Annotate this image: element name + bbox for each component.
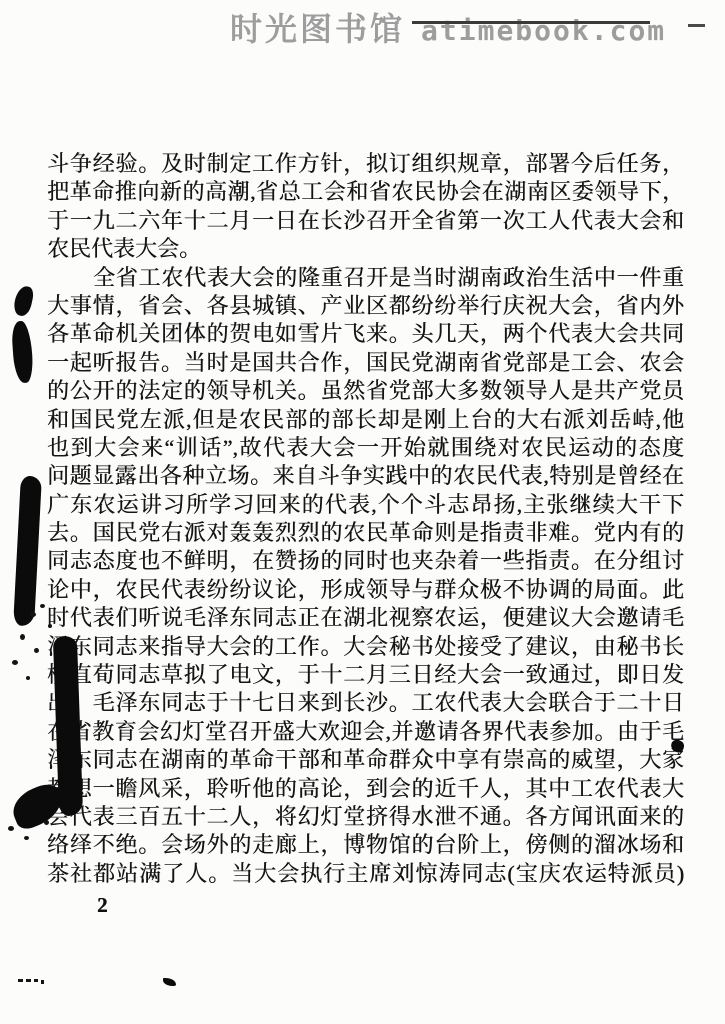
text-line: 于一九二六年十二月一日在长沙召开全省第一次工人代表大会和	[47, 207, 684, 235]
text-line: 斗争经验。及时制定工作方针，拟订组织规章，部署今后任务，	[47, 150, 684, 178]
text-line: 把革命推向新的高潮,省总工会和省农民协会在湖南区委领导下，	[47, 178, 684, 206]
text-line: 茶社都站满了人。当大会执行主席刘惊涛同志(宝庆农运特派员)	[47, 860, 684, 888]
ink-speckle	[44, 820, 49, 825]
text-line: 广东农运讲习所学习回来的代表,个个斗志昂扬,主张继续大干下	[47, 491, 684, 519]
ink-speckle	[40, 604, 45, 608]
ink-smudge-left-top	[12, 285, 35, 318]
watermark-strikethrough-line	[412, 21, 650, 24]
text-line: 农民代表大会。	[47, 235, 684, 263]
text-line: 各革命机关团体的贺电如雪片飞来。头几天，两个代表大会共同	[47, 320, 684, 348]
text-line: 一起听报告。当时是国共合作，国民党湖南省党部是工会、农会	[47, 349, 684, 377]
ink-speckle	[20, 634, 25, 640]
text-line: 时代表们听说毛泽东同志正在湖北视察农运，便建议大会邀请毛	[47, 604, 684, 632]
ink-speckle	[34, 648, 39, 653]
ink-speckle	[8, 826, 14, 831]
text-line: 都想一瞻风采，聆听他的高论，到会的近千人，其中工农代表大	[47, 775, 684, 803]
ink-speckle	[26, 676, 30, 680]
scan-dash-bottom-left	[41, 980, 44, 984]
ink-speckle	[30, 612, 36, 617]
text-line: 柳直荀同志草拟了电文，于十二月三日经大会一致通过，即日发	[47, 661, 684, 689]
text-line: 论中，农民代表纷纷议论，形成领导与群众极不协调的局面。此	[47, 576, 684, 604]
text-line: 全省工农代表大会的隆重召开是当时湖南政治生活中一件重	[47, 264, 684, 292]
text-line: 出。毛泽东同志于十七日来到长沙。工农代表大会联合于二十日	[47, 689, 684, 717]
watermark-library-name: 时光图书馆	[230, 4, 405, 50]
text-line: 络绎不绝。会场外的走廊上，博物馆的台阶上，傍侧的溜冰场和	[47, 831, 684, 859]
ink-speckle	[48, 624, 52, 628]
page-text-block: 斗争经验。及时制定工作方针，拟订组织规章，部署今后任务， 把革命推向新的高潮,省…	[47, 150, 684, 888]
scan-dash-bottom-left	[26, 979, 31, 982]
text-line: 去。国民党右派对轰轰烈烈的农民革命则是指责非难。党内有的	[47, 519, 684, 547]
watermark-website: atimebook.com	[421, 14, 666, 47]
text-line: 会代表三百五十二人，将幻灯堂挤得水泄不通。各方闻讯面来的	[47, 803, 684, 831]
page-number: 2	[97, 893, 108, 918]
scan-dash-bottom-left	[34, 979, 38, 982]
watermark: 时光图书馆 atimebook.com	[230, 4, 666, 50]
text-line: 大事情，省会、各县城镇、产业区都纷纷举行庆祝大会，省内外	[47, 292, 684, 320]
ink-speckle	[24, 836, 29, 840]
text-line: 同志态度也不鲜明，在赞扬的同时也夹杂着一些指责。在分组讨	[47, 547, 684, 575]
ink-speck-bottom	[163, 978, 176, 986]
text-line: 问题显露出各种立场。来自斗争实践中的农民代表,特别是曾经在	[47, 462, 684, 490]
text-line: 泽东同志来指导大会的工作。大会秘书处接受了建议，由秘书长	[47, 633, 684, 661]
watermark-dash-mark	[688, 24, 705, 27]
ink-speckle	[12, 660, 18, 665]
text-line: 泽东同志在湖南的革命干部和革命群众中享有崇高的威望，大家	[47, 746, 684, 774]
ink-smudge-left-middle	[13, 476, 42, 627]
scan-dash-bottom-left	[18, 979, 23, 982]
text-line: 也到大会来“训话”,故代表大会一开始就围绕对农民运动的态度	[47, 434, 684, 462]
text-line: 和国民党左派,但是农民部的部长却是刚上台的大右派刘岳峙,他	[47, 406, 684, 434]
scanned-book-page: 时光图书馆 atimebook.com 斗争经验。及时制定工作方针，拟订组织规章…	[0, 0, 725, 1024]
ink-smudge-left-upper	[11, 320, 34, 383]
text-line: 在省教育会幻灯堂召开盛大欢迎会,并邀请各界代表参加。由于毛	[47, 718, 684, 746]
text-line: 的公开的法定的领导机关。虽然省党部大多数领导人是共产党员	[47, 377, 684, 405]
